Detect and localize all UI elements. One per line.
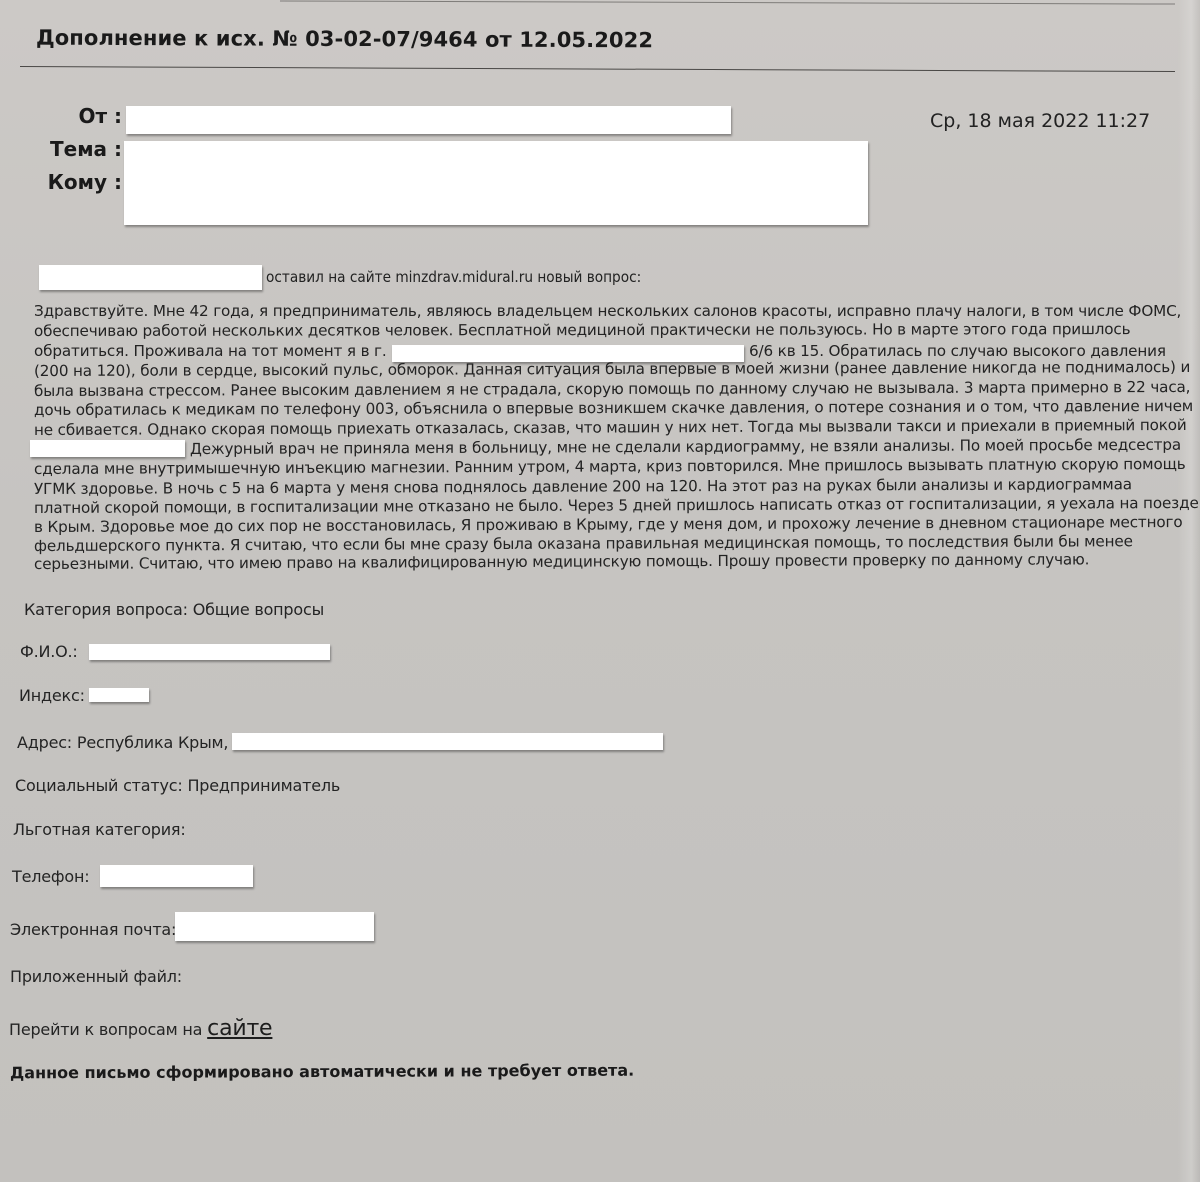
attached-file: Приложенный файл: [10, 967, 182, 986]
from-label: От : [70, 104, 122, 128]
message-line: Здравствуйте. Мне 42 года, я предпринима… [34, 302, 1181, 320]
message-line: обратиться. Проживала на тот момент я в … [34, 342, 402, 360]
email-label: Электронная почта: [10, 920, 176, 939]
phone-redaction [100, 865, 253, 887]
sent-date: Ср, 18 мая 2022 11:27 [930, 110, 1150, 132]
fio-label: Ф.И.О.: [20, 642, 78, 661]
goto-questions: Перейти к вопросам на сайте [9, 1016, 272, 1041]
document-title: Дополнение к исх. № 03-02-07/9464 от 12.… [36, 26, 653, 53]
phone-label: Телефон: [12, 867, 89, 886]
fio-redaction [89, 644, 330, 660]
social-status: Социальный статус: Предприниматель [15, 776, 340, 795]
address-label: Адрес: Республика Крым, [17, 733, 228, 752]
email-redaction [175, 912, 374, 941]
intro-text: оставил на сайте minzdrav.midural.ru нов… [266, 268, 641, 287]
subject-label: Тема : [40, 137, 122, 161]
author-redaction [39, 265, 262, 290]
address-redaction [232, 733, 663, 750]
auto-generated-note: Данное письмо сформировано автоматически… [10, 1061, 634, 1083]
index-label: Индекс: [19, 686, 85, 705]
message-line: обеспечиваю работой нескольких десятков … [34, 320, 1130, 340]
from-redaction [126, 106, 731, 134]
question-category: Категория вопроса: Общие вопросы [24, 600, 324, 619]
subject-to-redaction [124, 141, 868, 225]
goto-text: Перейти к вопросам на [9, 1020, 207, 1039]
hospital-redaction [30, 440, 185, 457]
index-redaction [89, 688, 149, 702]
to-label: Кому : [36, 170, 122, 194]
site-link[interactable]: сайте [207, 1016, 272, 1041]
paper-edge [1178, 0, 1200, 1182]
benefit-category: Льготная категория: [13, 820, 186, 839]
